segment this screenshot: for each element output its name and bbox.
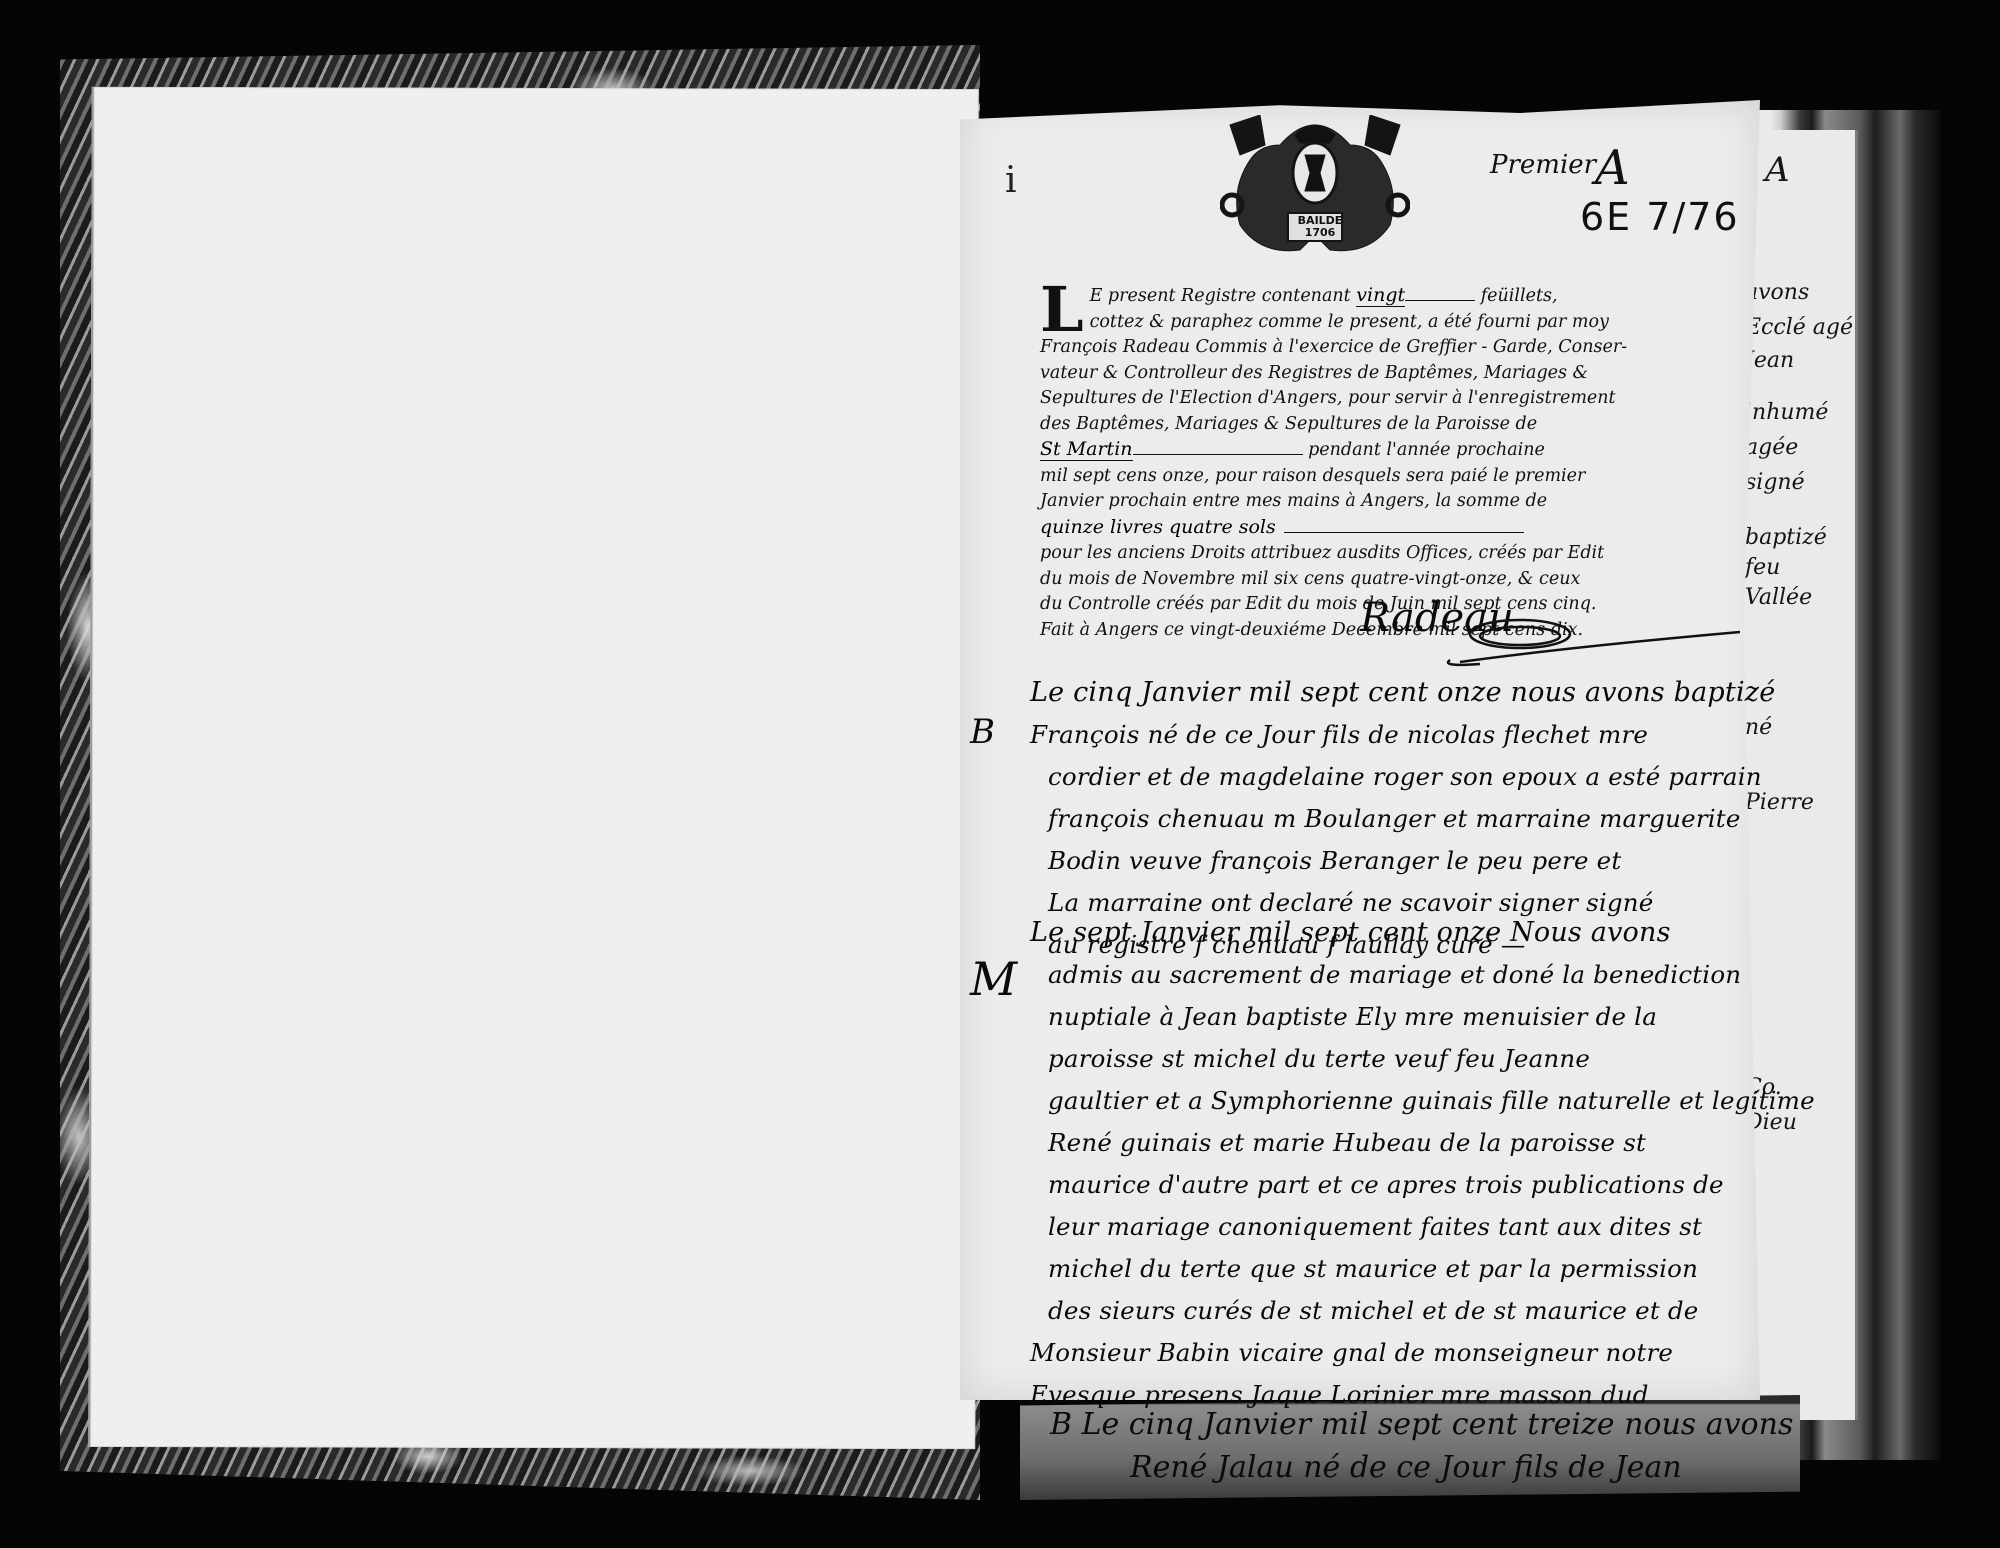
handwritten-fill-in: quinze livres quatre sols xyxy=(1040,516,1276,538)
underlying-fragment: feu xyxy=(1745,555,1780,580)
entry-line: René guinais et marie Hubeau de la paroi… xyxy=(1030,1122,1730,1164)
entry-line: nuptiale à Jean baptiste Ely mre menuisi… xyxy=(1030,996,1730,1038)
archive-shelfmark: 6E 7/76 xyxy=(1580,195,1740,239)
blank-guard-page xyxy=(88,87,979,1449)
drop-cap: L xyxy=(1040,285,1084,335)
printed-line: mil sept cens onze, pour raison desquels… xyxy=(1040,464,1578,490)
printed-line: du mois de Novembre mil six cens quatre-… xyxy=(1040,567,1578,593)
printed-text: pendant l'année prochaine xyxy=(1303,440,1545,460)
entry-line: paroisse st michel du terte veuf feu Jea… xyxy=(1030,1038,1730,1080)
printed-text: feüillets, xyxy=(1475,286,1557,306)
printed-line: François Radeau Commis à l'exercice de G… xyxy=(1040,335,1578,361)
entry-line: Evesque presens Jaque Lorinier mre masso… xyxy=(1030,1374,1730,1416)
premier-label: Premier xyxy=(1490,150,1596,180)
printed-text: E present Registre contenant xyxy=(1090,286,1357,306)
underlying-fragment: né xyxy=(1745,715,1772,740)
underlying-fragment: Pierre xyxy=(1745,790,1814,815)
signature-flourish-icon xyxy=(1420,612,1740,672)
underlying-fragment: avons xyxy=(1745,280,1809,305)
entry-line: Monsieur Babin vicaire gnal de monseigne… xyxy=(1030,1332,1730,1374)
entry-line: maurice d'autre part et ce apres trois p… xyxy=(1030,1164,1730,1206)
handwritten-fill-in: vingt xyxy=(1356,284,1405,307)
printed-line: pour les anciens Droits attribuez ausdit… xyxy=(1040,541,1578,567)
folio-mark: i xyxy=(1005,160,1017,201)
underlying-fragment: Jean xyxy=(1745,348,1794,373)
marriage-entry: M Le sept Janvier mil sept cent onze Nou… xyxy=(1030,912,1730,1416)
printed-line: Sepultures de l'Election d'Angers, pour … xyxy=(1040,386,1578,412)
handwritten-fill-in: St Martin xyxy=(1040,438,1133,461)
printed-line: des Baptêmes, Mariages & Sepultures de l… xyxy=(1040,412,1578,438)
entry-line: des sieurs curés de st michel et de st m… xyxy=(1030,1290,1730,1332)
underlying-fragment: signé xyxy=(1745,470,1805,495)
printed-line: St Martin pendant l'année prochaine xyxy=(1040,437,1578,464)
margin-note: M xyxy=(970,952,1017,1006)
underlying-fragment: inhumé xyxy=(1745,400,1828,425)
margin-note: B xyxy=(970,712,995,752)
entry-line: admis au sacrement de mariage et doné la… xyxy=(1030,954,1730,996)
underlying-fragment: A xyxy=(1765,150,1790,190)
entry-line: Le sept Janvier mil sept cent onze Nous … xyxy=(1030,912,1730,954)
entry-line: François né de ce Jour fils de nicolas f… xyxy=(1030,714,1730,756)
entry-line: leur mariage canoniquement faites tant a… xyxy=(1030,1206,1730,1248)
paraph-flourish: A xyxy=(1595,140,1630,196)
archive-scan: A avons Ecclé agé Jean inhumé agée signé… xyxy=(0,0,2000,1548)
entry-line: cordier et de magdelaine roger son epoux… xyxy=(1030,756,1730,798)
printed-line: quinze livres quatre sols xyxy=(1040,515,1578,542)
underlying-fragment: Ecclé agé xyxy=(1745,315,1853,340)
printed-line: cottez & paraphez comme le present, a ét… xyxy=(1040,310,1578,336)
next-page-line: René Jalau né de ce Jour fils de Jean xyxy=(1130,1450,1682,1485)
entry-line: Le cinq Janvier mil sept cent onze nous … xyxy=(1030,672,1730,714)
printed-line: vateur & Controlleur des Registres de Ba… xyxy=(1040,361,1578,387)
fill-rule xyxy=(1133,454,1303,455)
underlying-fragment: Vallée xyxy=(1745,585,1812,610)
entry-line: michel du terte que st maurice et par la… xyxy=(1030,1248,1730,1290)
entry-line: françois chenuau m Boulanger et marraine… xyxy=(1030,798,1730,840)
printed-line: Janvier prochain entre mes mains à Anger… xyxy=(1040,489,1578,515)
fill-rule xyxy=(1284,532,1524,533)
fill-rule xyxy=(1405,300,1475,301)
stamp-year: 1706 xyxy=(1305,226,1336,239)
underlying-fragment: baptizé xyxy=(1745,525,1827,550)
printed-line: E present Registre contenant vingt feüil… xyxy=(1040,283,1578,310)
underlying-fragment: agée xyxy=(1745,435,1798,460)
entry-line: Bodin veuve françois Beranger le peu per… xyxy=(1030,840,1730,882)
entry-line: gaultier et a Symphorienne guinais fille… xyxy=(1030,1080,1730,1122)
underlying-page: A avons Ecclé agé Jean inhumé agée signé… xyxy=(1745,130,1858,1420)
stamp-label: BAILDE 1706 xyxy=(1290,215,1350,239)
printed-header-text: L E present Registre contenant vingt feü… xyxy=(1040,283,1578,643)
